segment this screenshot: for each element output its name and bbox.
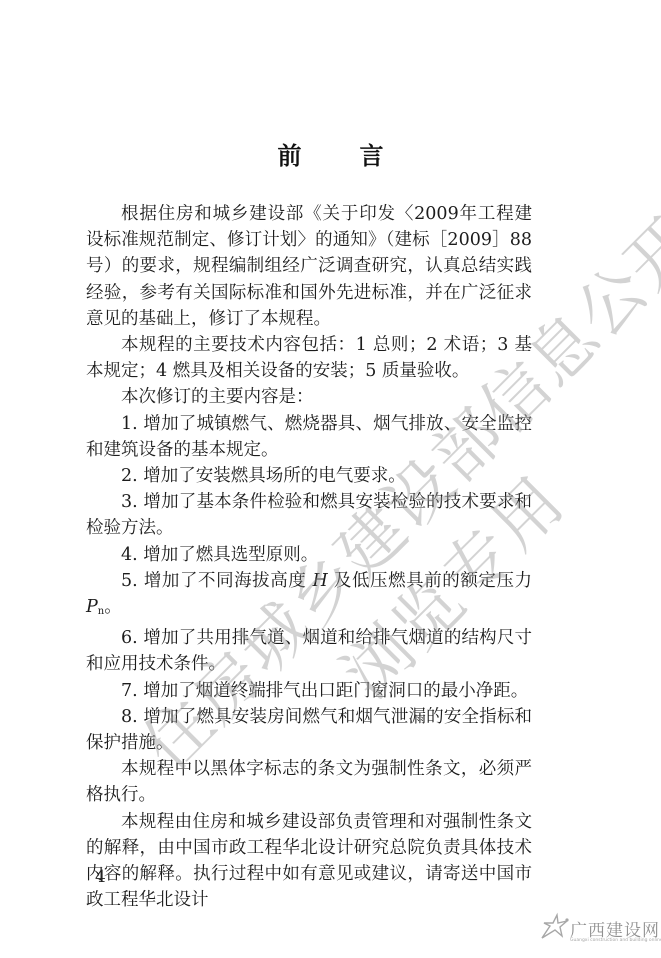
document-page: 前言 根据住房和城乡建设部《关于印发〈2009年工程建设标准规范制定、修订计划〉… [0,0,661,958]
list-item-8: 8. 增加了燃具安装房间燃气和烟气泄漏的安全指标和保护措施。 [86,704,532,756]
document-body: 根据住房和城乡建设部《关于印发〈2009年工程建设标准规范制定、修订计划〉的通知… [86,201,532,913]
paragraph-revision-intro: 本次修订的主要内容是： [86,384,532,410]
variable-p: P [86,597,98,617]
list-item-7: 7. 增加了烟道终端排气出口距门窗洞口的最小净距。 [86,678,532,704]
title-char-1: 前 [278,136,302,171]
paragraph-management: 本规程由住房和城乡建设部负责管理和对强制性条文的解释，由中国市政工程华北设计研究… [86,809,532,914]
page-title: 前言 [0,136,661,171]
page-number: 4 [95,867,106,887]
list-item-5-end: 。 [104,597,122,617]
list-item-2: 2. 增加了安装燃具场所的电气要求。 [86,463,532,489]
list-item-5: 5. 增加了不同海拔高度 H 及低压燃具前的额定压力 Pn。 [86,568,532,625]
list-item-6: 6. 增加了共用排气道、烟道和给排气烟道的结构尺寸和应用技术条件。 [86,625,532,677]
logo-subtitle: Guangxi construction and building online [570,938,661,943]
paragraph-background: 根据住房和城乡建设部《关于印发〈2009年工程建设标准规范制定、修订计划〉的通知… [86,201,532,332]
site-logo: 广西建设网 Guangxi construction and building … [540,910,661,950]
variable-h: H [313,571,328,591]
list-item-3: 3. 增加了基本条件检验和燃具安装检验的技术要求和检验方法。 [86,489,532,541]
list-item-1: 1. 增加了城镇燃气、燃烧器具、烟气排放、安全监控和建筑设备的基本规定。 [86,411,532,463]
paragraph-mandatory: 本规程中以黑体字标志的条文为强制性条文，必须严格执行。 [86,756,532,808]
list-item-5-text: 5. 增加了不同海拔高度 [121,571,313,591]
list-item-4: 4. 增加了燃具选型原则。 [86,542,532,568]
star-logo-icon [540,912,570,942]
paragraph-contents: 本规程的主要技术内容包括：1 总则；2 术语；3 基本规定；4 燃具及相关设备的… [86,332,532,384]
list-item-5-text-mid: 及低压燃具前的额定压力 [328,571,532,591]
title-char-2: 言 [360,136,384,171]
